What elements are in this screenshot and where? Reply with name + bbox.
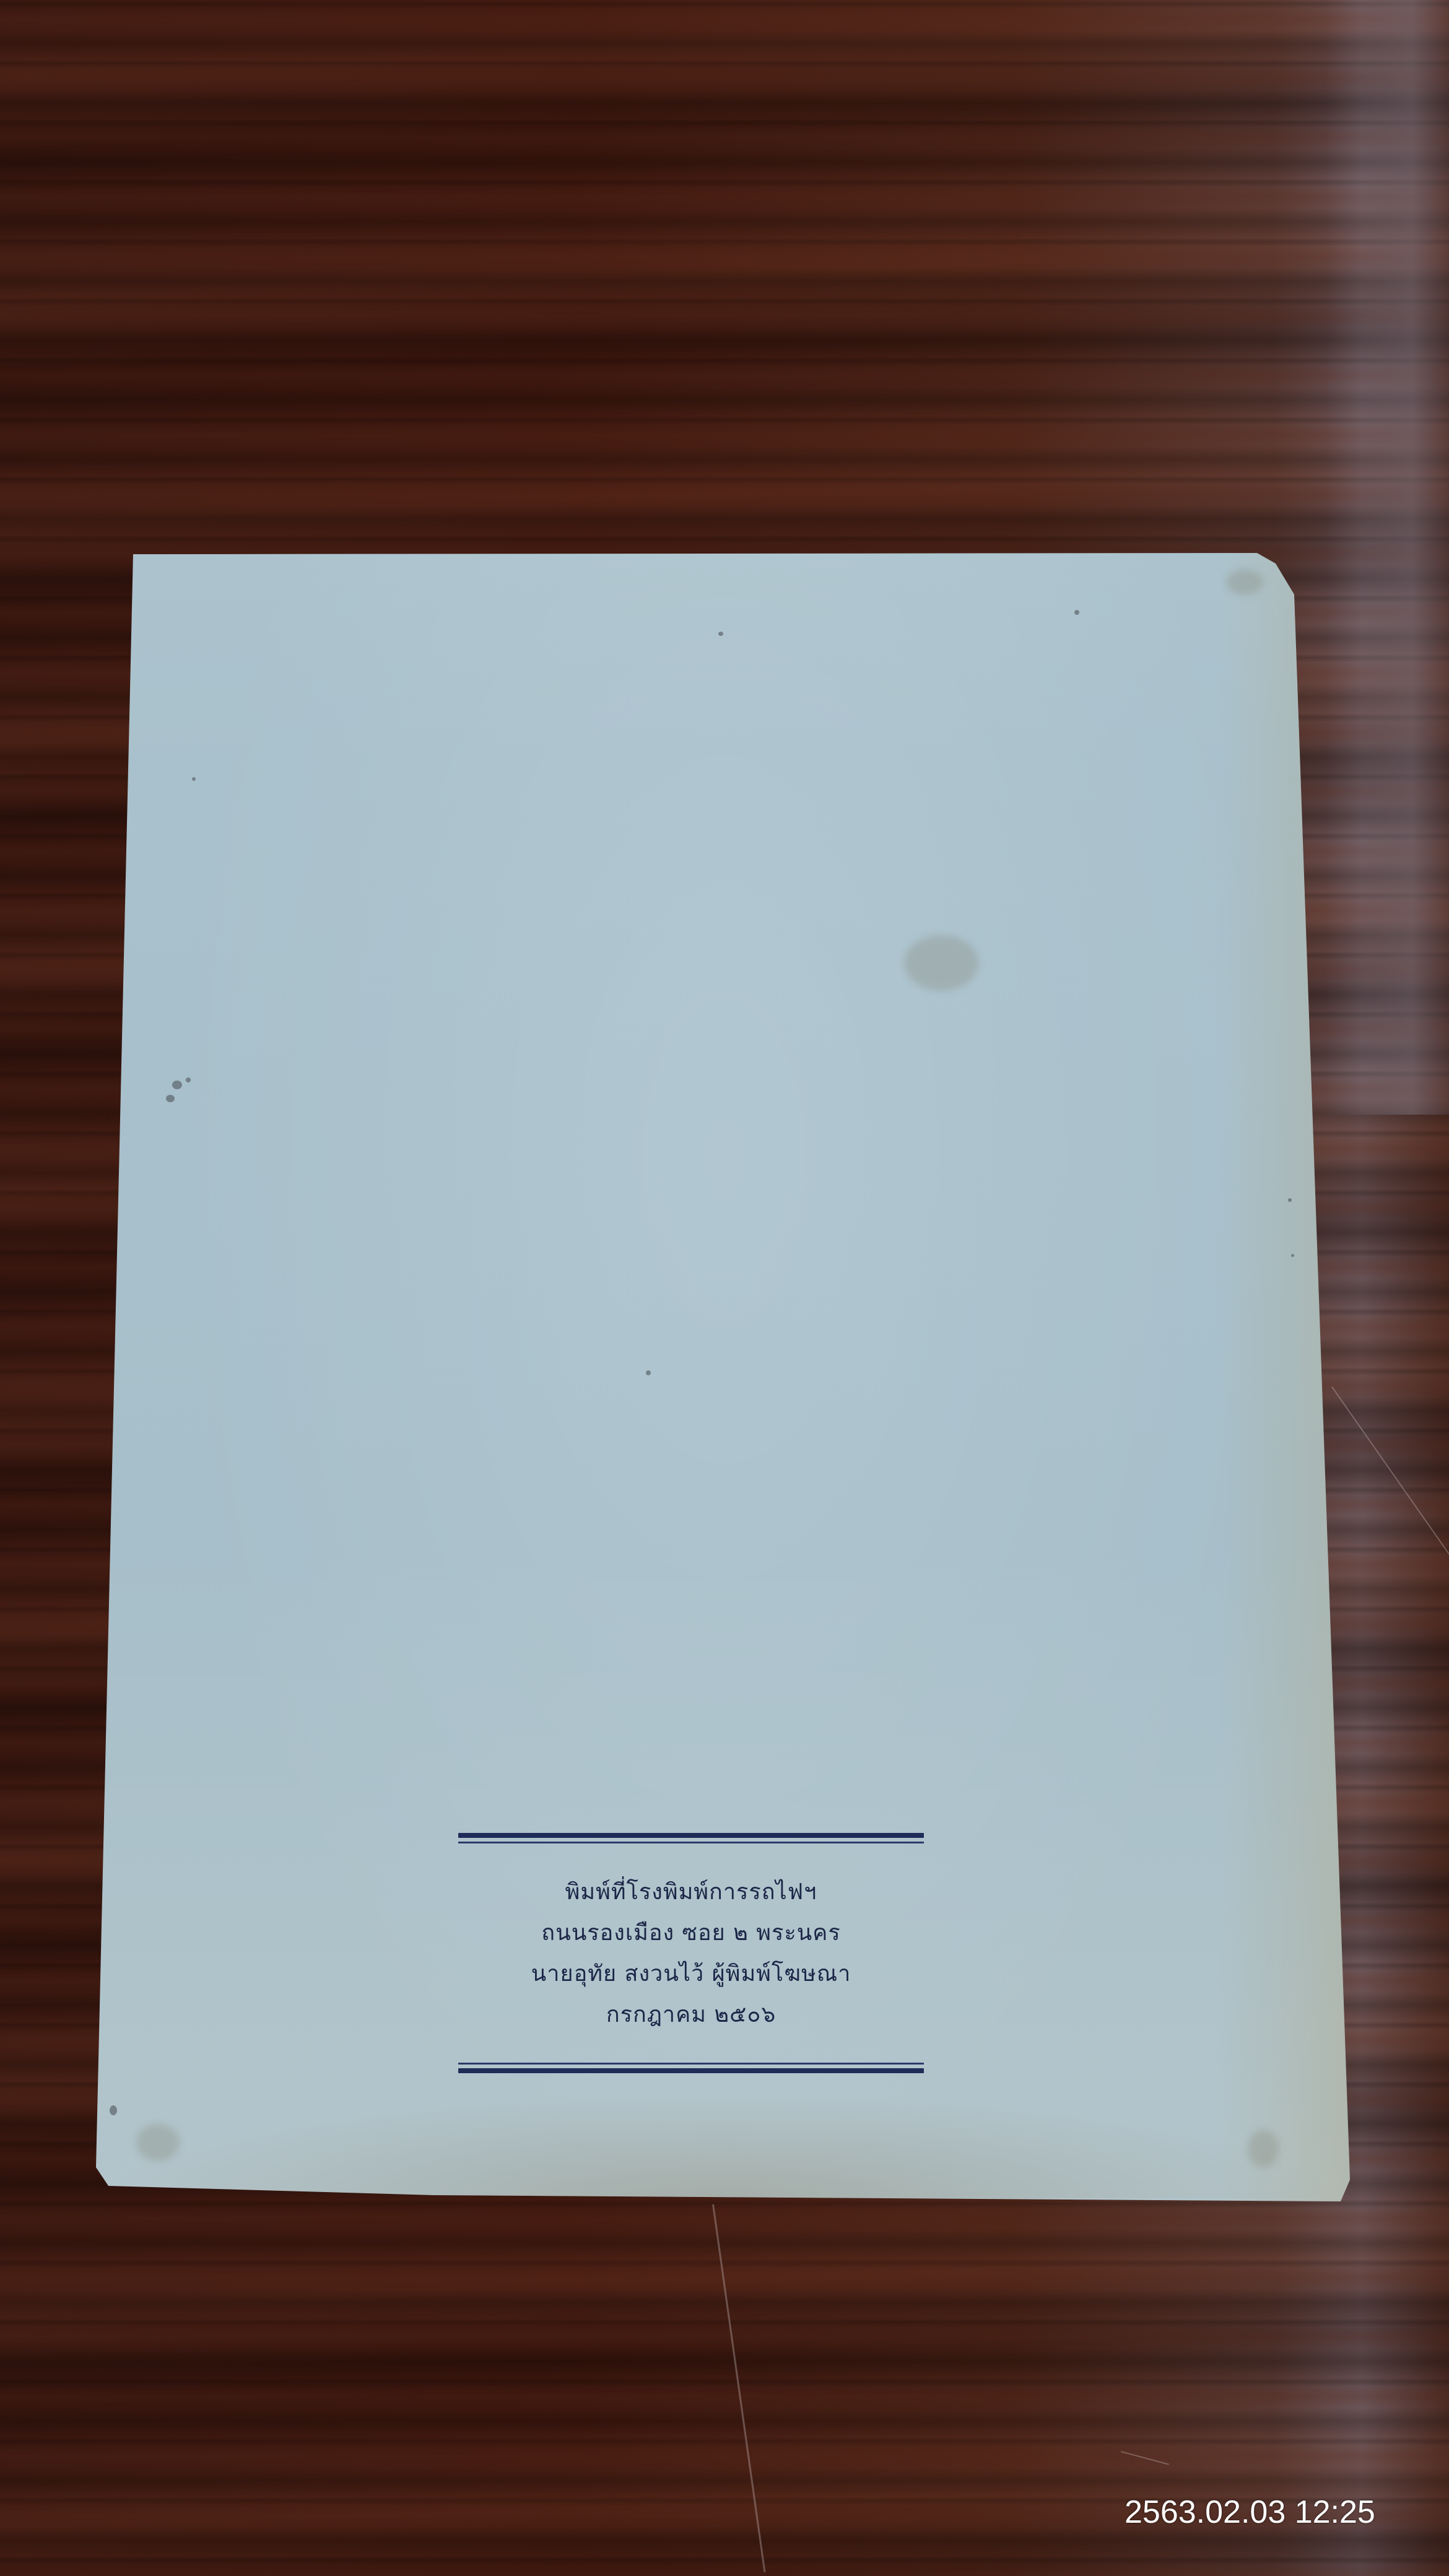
paper-spot — [1288, 1198, 1292, 1202]
colophon-bottom-rule — [458, 2063, 924, 2073]
paper-stain — [1226, 570, 1263, 594]
paper-edge-foxing — [99, 2093, 1344, 2198]
paper-spot — [646, 1370, 651, 1375]
colophon-top-rule — [458, 1833, 924, 1843]
camera-timestamp: 2563.02.03 12:25 — [1125, 2494, 1375, 2531]
paper-spot — [186, 1077, 191, 1082]
paper-spot — [718, 632, 723, 636]
paper-stain — [136, 2124, 180, 2161]
paper-spot — [1291, 1254, 1294, 1257]
paper-spot — [1074, 610, 1079, 615]
paper-stain — [1248, 2130, 1279, 2167]
paper-spot — [172, 1081, 182, 1089]
paper-spot — [166, 1095, 175, 1102]
printer-colophon: พิมพ์ที่โรงพิมพ์การรถไฟฯ ถนนรองเมือง ซอย… — [458, 1833, 924, 2073]
paper-stain — [904, 935, 978, 991]
colophon-address-line: ถนนรองเมือง ซอย ๒ พระนคร — [458, 1913, 924, 1954]
colophon-date-line: กรกฎาคม ๒๕๐๖ — [458, 1995, 924, 2035]
paper-spot — [110, 2105, 117, 2115]
paper-spot — [192, 777, 196, 781]
colophon-publisher-line: นายอุทัย สงวนไว้ ผู้พิมพ์โฆษณา — [458, 1954, 924, 1995]
colophon-printer-line: พิมพ์ที่โรงพิมพ์การรถไฟฯ — [458, 1872, 924, 1913]
